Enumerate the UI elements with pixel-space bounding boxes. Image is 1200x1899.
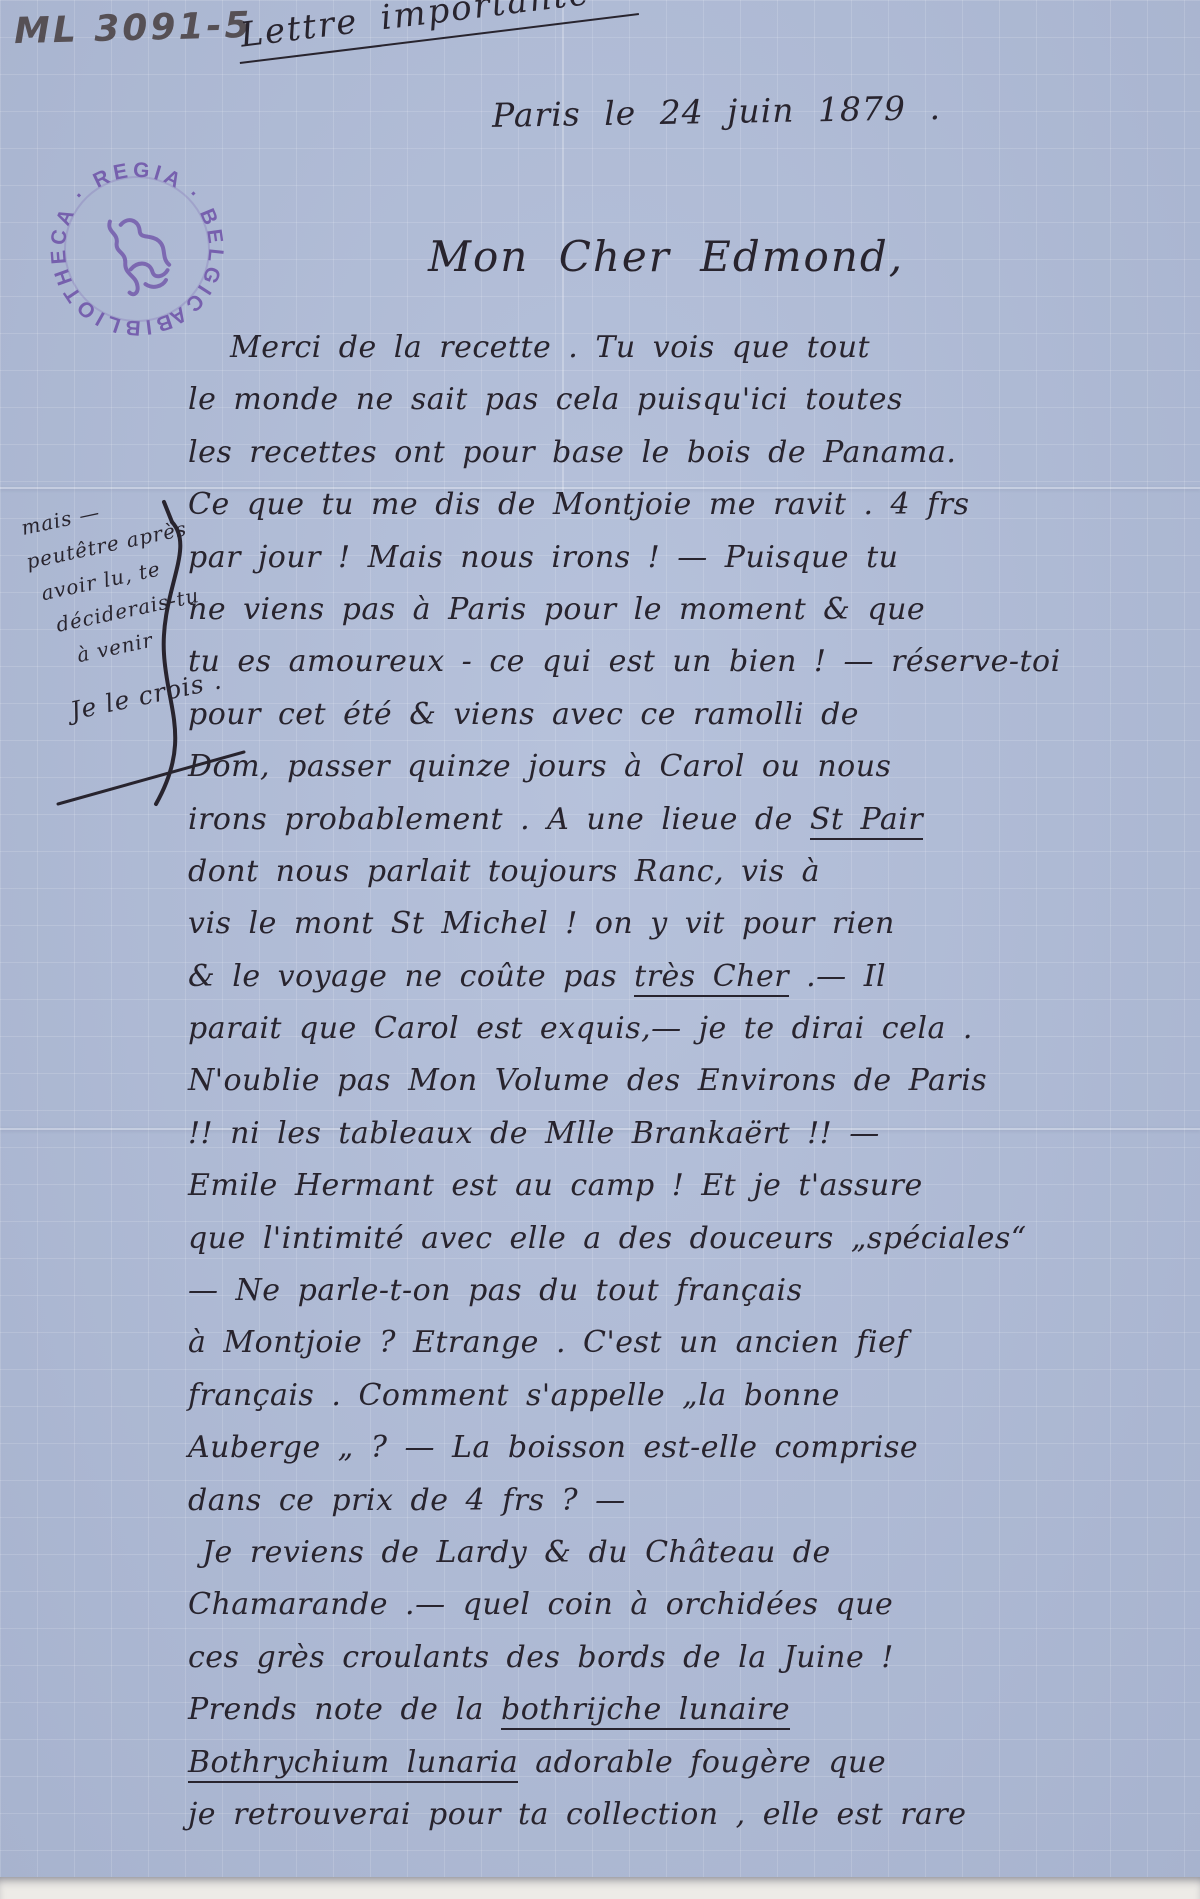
letter-line: — Ne parle-t-on pas du tout français (188, 1265, 988, 1317)
letter-line: tu es amoureux - ce qui est un bien ! — … (188, 636, 988, 688)
letter-line: ces grès croulants des bords de la Juine… (188, 1632, 988, 1684)
letter-line: Chamarande .— quel coin à orchidées que (188, 1579, 988, 1631)
letter-line: irons probablement . A une lieue de St P… (188, 794, 988, 846)
letter-line: ne viens pas à Paris pour le moment & qu… (188, 584, 988, 636)
letter-line: français . Comment s'appelle „la bonne (188, 1370, 988, 1422)
salutation: Mon Cher Edmond, (428, 232, 904, 281)
letter-line: vis le mont St Michel ! on y vit pour ri… (188, 898, 988, 950)
letter-line: par jour ! Mais nous irons ! — Puisque t… (188, 532, 988, 584)
letter-line: & le voyage ne coûte pas très Cher .— Il (188, 951, 988, 1003)
dateline: Paris le 24 juin 1879 . (492, 88, 942, 135)
letter-line: le monde ne sait pas cela puisqu'ici tou… (188, 374, 988, 426)
letter-line: !! ni les tableaux de Mlle Brankaërt !! … (188, 1108, 988, 1160)
letter-line: Dom, passer quinze jours à Carol ou nous (188, 741, 988, 793)
letter-line: Auberge „ ? — La boisson est-elle compri… (188, 1422, 988, 1474)
letter-line: dans ce prix de 4 frs ? — (188, 1475, 988, 1527)
letter-line: Ce que tu me dis de Montjoie me ravit . … (188, 479, 988, 531)
letter-line: Emile Hermant est au camp ! Et je t'assu… (188, 1160, 988, 1212)
letter-line: parait que Carol est exquis,— je te dira… (188, 1003, 988, 1055)
letter-line: pour cet été & viens avec ce ramolli de (188, 689, 988, 741)
letter-line: Bothrychium lunaria adorable fougère que (188, 1737, 988, 1789)
letter-line: les recettes ont pour base le bois de Pa… (188, 427, 988, 479)
lion-rampant-icon (96, 205, 179, 300)
letter-line: Prends note de la bothrijche lunaire (188, 1684, 988, 1736)
letter-line: je retrouverai pour ta collection , elle… (188, 1789, 988, 1841)
letter-line: que l'intimité avec elle a des douceurs … (188, 1213, 988, 1265)
letter-line: Merci de la recette . Tu vois que tout (188, 322, 988, 374)
letter-line: N'oublie pas Mon Volume des Environs de … (188, 1055, 988, 1107)
letter-line: à Montjoie ? Etrange . C'est un ancien f… (188, 1317, 988, 1369)
catalog-number: ML 3091-5 (14, 5, 253, 52)
paper-bottom-edge (0, 1877, 1200, 1899)
letter-line: dont nous parlait toujours Ranc, vis à (188, 846, 988, 898)
letter-body: Merci de la recette . Tu vois que toutle… (188, 322, 988, 1841)
annotation-lettre-importante: Lettre importante (234, 0, 639, 64)
letter-line: Je reviens de Lardy & du Château de (188, 1527, 988, 1579)
letter-page: ML 3091-5 Lettre importante Paris le 24 … (0, 0, 1200, 1899)
